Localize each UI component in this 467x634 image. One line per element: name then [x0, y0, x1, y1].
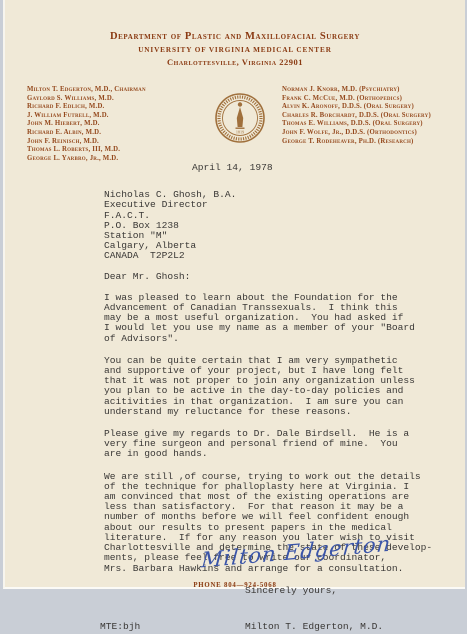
faculty-list-item: Milton T. Edgerton, M.D., Chairman — [27, 86, 146, 95]
faculty-list-left: Milton T. Edgerton, M.D., ChairmanGaylor… — [27, 86, 146, 163]
letter-body: April 14, 1978 Nicholas C. Ghosh, B.A. E… — [104, 163, 464, 600]
university-seal-icon: 1819 — [213, 91, 267, 145]
faculty-list-item: Thomas L. Roberts, III, M.D. — [27, 146, 146, 155]
letterhead: Department of Plastic and Maxillofacial … — [5, 31, 465, 67]
letterhead-city-line: Charlottesville, Virginia 22901 — [5, 57, 465, 67]
letterhead-department: Department of Plastic and Maxillofacial … — [5, 31, 465, 42]
letter-page: Department of Plastic and Maxillofacial … — [3, 0, 465, 589]
paragraph-3: Please give my regards to Dr. Dale Birds… — [104, 429, 464, 460]
faculty-list-item: John F. Reinisch, M.D. — [27, 138, 146, 147]
faculty-list-item: Alvin K. Aronoff, D.D.S. (Oral Surgery) — [282, 103, 431, 112]
faculty-list-item: Frank C. McCue, M.D. (Orthopedics) — [282, 95, 431, 104]
faculty-list-item: John F. Wolfe, Jr., D.D.S. (Orthodontics… — [282, 129, 431, 138]
letterhead-institution: University of Virginia Medical Center — [5, 46, 465, 54]
seal-year: 1819 — [236, 130, 244, 135]
recipient-address: Nicholas C. Ghosh, B.A. Executive Direct… — [104, 190, 464, 261]
faculty-list-item: George T. Rodeheaver, Ph.D. (Research) — [282, 138, 431, 147]
faculty-list-right: Norman J. Knorr, M.D. (Psychiatry)Frank … — [282, 86, 431, 146]
paragraph-2: You can be quite certain that I am very … — [104, 356, 464, 417]
faculty-list-item: J. William Futrell, M.D. — [27, 112, 146, 121]
faculty-list-item: Gaylord S. Williams, M.D. — [27, 95, 146, 104]
faculty-list-item: Norman J. Knorr, M.D. (Psychiatry) — [282, 86, 431, 95]
salutation: Dear Mr. Ghosh: — [104, 272, 464, 282]
faculty-list-item: Charles R. Borchardt, D.D.S. (Oral Surge… — [282, 112, 431, 121]
faculty-list-item: Richard F. Edlich, M.D. — [27, 103, 146, 112]
paragraph-1: I was pleased to learn about the Foundat… — [104, 293, 464, 344]
phone-line: PHONE 804—924-5068 — [5, 582, 465, 589]
faculty-list-item: John M. Hiebert, M.D. — [27, 120, 146, 129]
faculty-list-item: Thomas E. Williams, D.D.S. (Oral Surgery… — [282, 120, 431, 129]
letter-date: April 14, 1978 — [192, 163, 464, 173]
faculty-list-item: Richard E. Albin, M.D. — [27, 129, 146, 138]
